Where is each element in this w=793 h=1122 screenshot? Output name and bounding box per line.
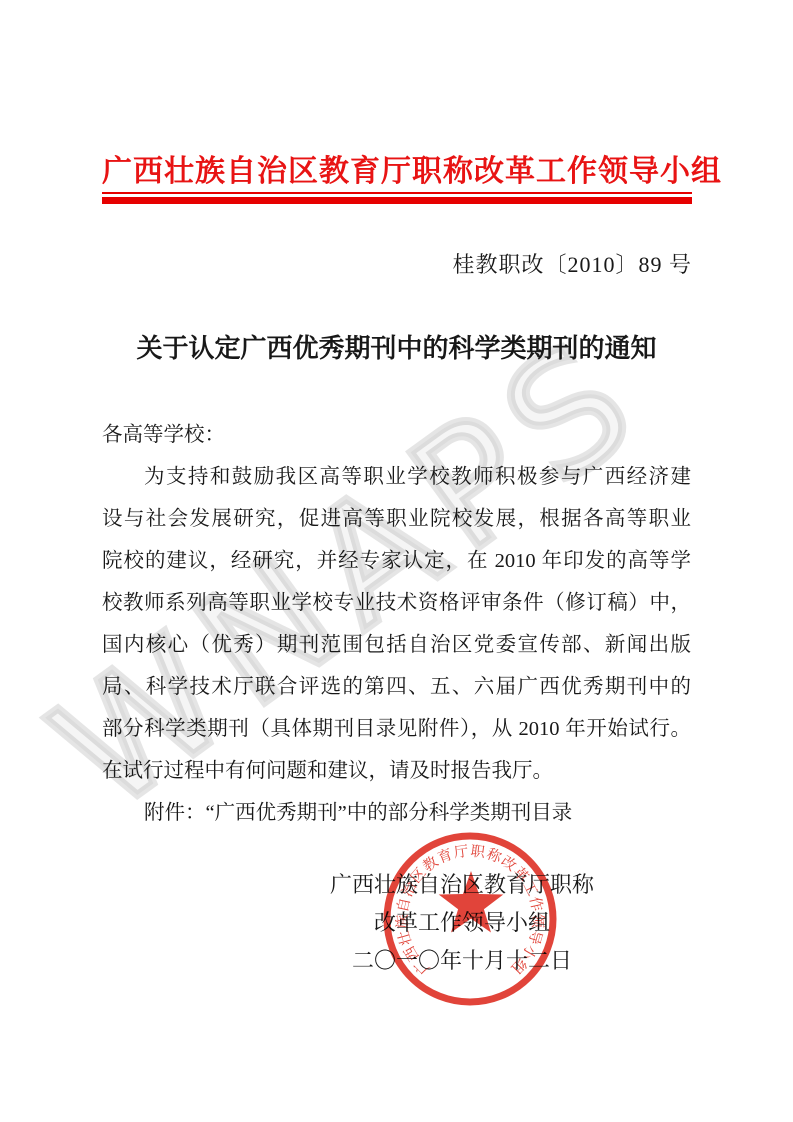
page-title: 关于认定广西优秀期刊中的科学类期刊的通知 [102,328,691,365]
body-line: 局、科学技术厅联合评选的第四、五、六届广西优秀期刊中的 [102,666,691,708]
signer-org-line2: 改革工作领导小组 [282,904,642,942]
letterhead-title: 广西壮族自治区教育厅职称改革工作领导小组 [102,146,691,190]
document-number: 桂教职改〔2010〕89 号 [102,248,692,279]
letterhead-rule-thick [102,197,692,204]
salutation-line: 各高等学校： [102,414,691,456]
body-line: 设与社会发展研究，促进高等职业院校发展，根据各高等职业 [102,498,691,540]
document-page: WNAPS 广西壮族自治区教育厅职称改革工作领导小组 桂教职改〔2010〕89 … [0,0,793,1122]
body-text: 各高等学校： 为支持和鼓励我区高等职业学校教师积极参与广西经济建 设与社会发展研… [102,414,691,834]
letterhead-rule-thin [102,192,692,194]
attachment-line: 附件：“广西优秀期刊”中的部分科学类期刊目录 [102,792,691,834]
signature-date: 二〇一〇年十月十二日 [282,942,642,980]
body-line: 院校的建议，经研究，并经专家认定，在 2010 年印发的高等学 [102,540,691,582]
body-line: 为支持和鼓励我区高等职业学校教师积极参与广西经济建 [102,456,691,498]
closing-block: 广西壮族自治区教育厅职称 改革工作领导小组 二〇一〇年十月十二日 [282,866,642,980]
body-line: 校教师系列高等职业学校专业技术资格评审条件（修订稿）中， [102,582,691,624]
body-line: 在试行过程中有何问题和建议，请及时报告我厅。 [102,750,691,792]
body-line: 国内核心（优秀）期刊范围包括自治区党委宣传部、新闻出版 [102,624,691,666]
signer-org-line1: 广西壮族自治区教育厅职称 [282,866,642,904]
body-line: 部分科学类期刊（具体期刊目录见附件），从 2010 年开始试行。 [102,708,691,750]
